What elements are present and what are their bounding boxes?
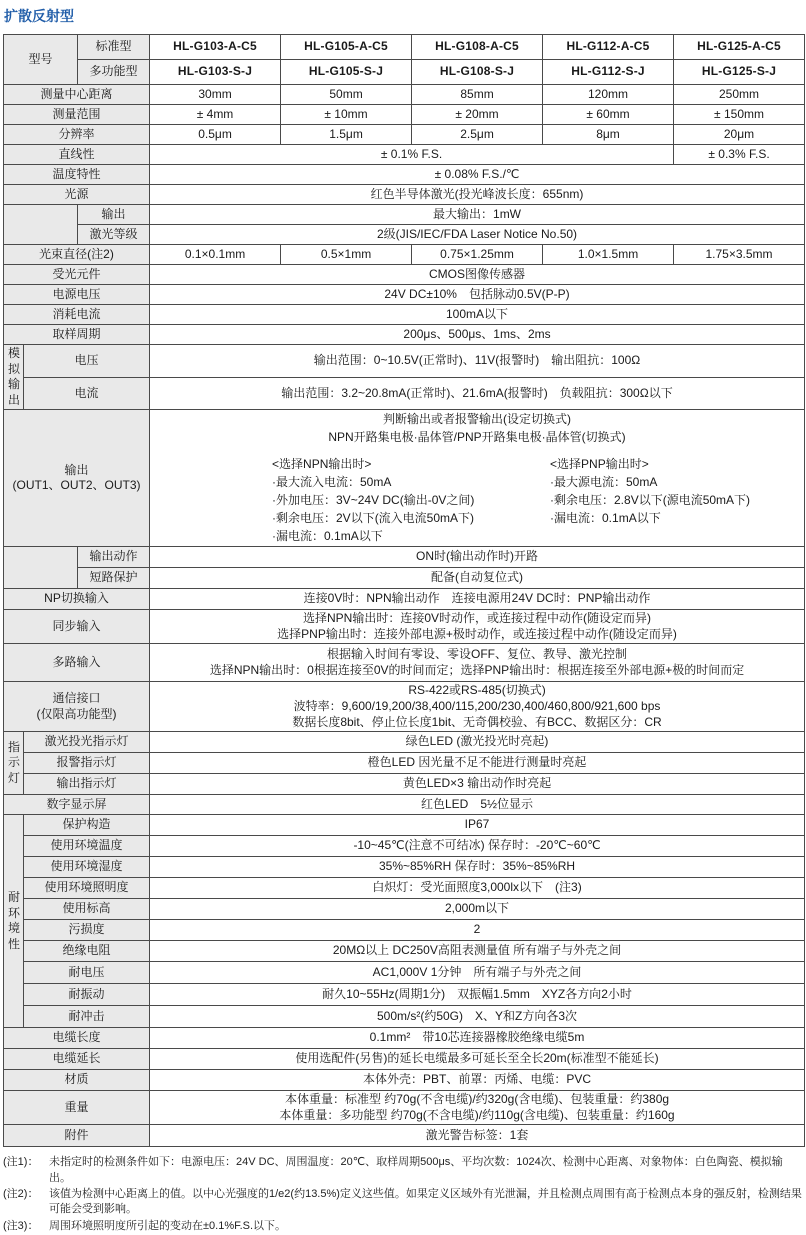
model-number: HL-G105-S-J: [281, 60, 412, 85]
footnote-2: (注2)： 该值为检测中心距离上的值。以中心光强度的1/e2(约13.5%)定义…: [3, 1187, 803, 1218]
row-label: 使用标高: [24, 899, 150, 920]
cell-value: 30mm: [150, 85, 281, 105]
table-row: 测量范围± 4mm± 10mm± 20mm± 60mm± 150mm: [4, 105, 805, 125]
table-row: 输出最大输出：1mW: [4, 205, 805, 225]
cell-value: 2级(JIS/IEC/FDA Laser Notice No.50): [150, 225, 805, 245]
page-title: 扩散反射型: [4, 6, 803, 26]
model-number: HL-G103-A-C5: [150, 35, 281, 60]
table-row: 使用环境照明度白炽灯：受光面照度3,000lx以下 (注3): [4, 878, 805, 899]
table-row: 电源电压24V DC±10% 包括脉动0.5V(P-P): [4, 285, 805, 305]
row-label: 测量范围: [4, 105, 150, 125]
row-label: 测量中心距离: [4, 85, 150, 105]
table-row: 绝缘电阻20MΩ以上 DC250V高阻表测量值 所有端子与外壳之间: [4, 941, 805, 962]
cell-value: 黄色LED×3 输出动作时亮起: [150, 774, 805, 795]
table-row: 测量中心距离30mm50mm85mm120mm250mm: [4, 85, 805, 105]
cell-value: 本体重量：标准型 约70g(不含电缆)/约320g(含电缆)、包装重量：约380…: [150, 1091, 805, 1125]
cell-value: 2: [150, 920, 805, 941]
cell-value: 100mA以下: [150, 305, 805, 325]
cell-value: 8μm: [543, 125, 674, 145]
table-row: 通信接口 (仅限高功能型)RS-422或RS-485(切换式) 波特率：9,60…: [4, 682, 805, 732]
empty-label-pad: [4, 205, 78, 245]
row-label: 电缆长度: [4, 1028, 150, 1049]
table-row: 输出 (OUT1、OUT2、OUT3)判断输出或者报警输出(设定切换式)NPN开…: [4, 410, 805, 547]
table-row: 指 示 灯激光投光指示灯绿色LED (激光投光时亮起): [4, 732, 805, 753]
cell-value: 输出范围：0~10.5V(正常时)、11V(报警时) 输出阻抗：100Ω: [150, 345, 805, 378]
model-number: HL-G125-S-J: [674, 60, 805, 85]
cell-value: 最大输出：1mW: [150, 205, 805, 225]
model-number: HL-G112-S-J: [543, 60, 674, 85]
table-row: 使用环境温度-10~45℃(注意不可结冰) 保存时：-20℃~60℃: [4, 836, 805, 857]
table-row: 材质本体外壳：PBT、前罩：丙烯、电缆：PVC: [4, 1070, 805, 1091]
cell-value: ± 60mm: [543, 105, 674, 125]
table-row: 耐振动耐久10~55Hz(周期1分) 双振幅1.5mm XYZ各方向2小时: [4, 984, 805, 1006]
cell-value: 红色半导体激光(投光峰波长度：655nm): [150, 185, 805, 205]
table-row: 输出指示灯黄色LED×3 输出动作时亮起: [4, 774, 805, 795]
cell-value: CMOS图像传感器: [150, 265, 805, 285]
cell-value: 激光警告标签：1套: [150, 1125, 805, 1147]
cell-value: 绿色LED (激光投光时亮起): [150, 732, 805, 753]
table-row: 消耗电流100mA以下: [4, 305, 805, 325]
table-row: 多路输入根据输入时间有零设、零设OFF、复位、教导、激光控制 选择NPN输出时：…: [4, 644, 805, 682]
row-label: 电缆延长: [4, 1049, 150, 1070]
row-label: 分辨率: [4, 125, 150, 145]
cell-value: 1.5μm: [281, 125, 412, 145]
table-row: 报警指示灯橙色LED 因光量不足不能进行测量时亮起: [4, 753, 805, 774]
table-row: 模 拟 输 出电压输出范围：0~10.5V(正常时)、11V(报警时) 输出阻抗…: [4, 345, 805, 378]
sub-label: 输出动作: [78, 547, 150, 568]
footnote-text: 周围环境照明度所引起的变动在±0.1%F.S.以下。: [49, 1220, 286, 1232]
output-detail-cell: 判断输出或者报警输出(设定切换式)NPN开路集电极·晶体管/PNP开路集电极·晶…: [150, 410, 805, 547]
footnote-3: (注3)： 周围环境照明度所引起的变动在±0.1%F.S.以下。: [3, 1219, 803, 1234]
cell-value: 选择NPN输出时：连接0V时动作，或连接过程中动作(随设定而异) 选择PNP输出…: [150, 610, 805, 644]
row-label: 激光投光指示灯: [24, 732, 150, 753]
cell-value: ± 0.08% F.S./℃: [150, 165, 805, 185]
table-row: 分辨率0.5μm1.5μm2.5μm8μm20μm: [4, 125, 805, 145]
row-label: 取样周期: [4, 325, 150, 345]
cell-value: 250mm: [674, 85, 805, 105]
row-label: 保护构造: [24, 815, 150, 836]
table-row: 同步输入选择NPN输出时：连接0V时动作，或连接过程中动作(随设定而异) 选择P…: [4, 610, 805, 644]
row-label: 使用环境照明度: [24, 878, 150, 899]
table-row: 取样周期200μs、500μs、1ms、2ms: [4, 325, 805, 345]
table-row: 直线性± 0.1% F.S.± 0.3% F.S.: [4, 145, 805, 165]
cell-value: 85mm: [412, 85, 543, 105]
cell-value: IP67: [150, 815, 805, 836]
cell-value: ON时(输出动作时)开路: [150, 547, 805, 568]
row-label: 污损度: [24, 920, 150, 941]
row-label: 使用环境温度: [24, 836, 150, 857]
footnote-1: (注1)： 未指定时的检测条件如下：电源电压：24V DC、周围温度：20℃、取…: [3, 1155, 803, 1186]
table-row: 耐电压AC1,000V 1分钟 所有端子与外壳之间: [4, 962, 805, 984]
cell-value: 200μs、500μs、1ms、2ms: [150, 325, 805, 345]
table-row: 光源红色半导体激光(投光峰波长度：655nm): [4, 185, 805, 205]
row-label: 绝缘电阻: [24, 941, 150, 962]
table-row: 附件激光警告标签：1套: [4, 1125, 805, 1147]
row-label: 消耗电流: [4, 305, 150, 325]
row-label: 输出 (OUT1、OUT2、OUT3): [4, 410, 150, 547]
cell-value: 120mm: [543, 85, 674, 105]
cell-value: ± 10mm: [281, 105, 412, 125]
footnote-label: (注1)：: [3, 1155, 38, 1170]
cell-value: AC1,000V 1分钟 所有端子与外壳之间: [150, 962, 805, 984]
model-number: HL-G108-S-J: [412, 60, 543, 85]
footnote-label: (注2)：: [3, 1187, 38, 1202]
cell-value: 0.5μm: [150, 125, 281, 145]
table-row: 光束直径(注2)0.1×0.1mm0.5×1mm0.75×1.25mm1.0×1…: [4, 245, 805, 265]
cell-value: -10~45℃(注意不可结冰) 保存时：-20℃~60℃: [150, 836, 805, 857]
footnotes: (注1)： 未指定时的检测条件如下：电源电压：24V DC、周围温度：20℃、取…: [3, 1155, 803, 1234]
cell-value: 白炽灯：受光面照度3,000lx以下 (注3): [150, 878, 805, 899]
cell-value: 连接0V时：NPN输出动作 连接电源用24V DC时：PNP输出动作: [150, 589, 805, 610]
table-row: 重量本体重量：标准型 约70g(不含电缆)/约320g(含电缆)、包装重量：约3…: [4, 1091, 805, 1125]
row-label: 受光元件: [4, 265, 150, 285]
row-label: 温度特性: [4, 165, 150, 185]
cell-value: ± 0.3% F.S.: [674, 145, 805, 165]
cell-value: 红色LED 5½位显示: [150, 795, 805, 815]
row-label: 光束直径(注2): [4, 245, 150, 265]
table-row: 型号标准型HL-G103-A-C5HL-G105-A-C5HL-G108-A-C…: [4, 35, 805, 60]
row-label: 多功能型: [78, 60, 150, 85]
row-label: 电压: [24, 345, 150, 378]
row-label: 耐冲击: [24, 1006, 150, 1028]
table-row: 耐冲击500m/s²(约50G) X、Y和Z方向各3次: [4, 1006, 805, 1028]
table-row: 污损度2: [4, 920, 805, 941]
cell-value: RS-422或RS-485(切换式) 波特率：9,600/19,200/38,4…: [150, 682, 805, 732]
cell-value: ± 0.1% F.S.: [150, 145, 674, 165]
cell-value: 2.5μm: [412, 125, 543, 145]
row-label: 重量: [4, 1091, 150, 1125]
cell-value: 耐久10~55Hz(周期1分) 双振幅1.5mm XYZ各方向2小时: [150, 984, 805, 1006]
table-row: 短路保护配备(自动复位式): [4, 568, 805, 589]
footnote-text: 未指定时的检测条件如下：电源电压：24V DC、周围温度：20℃、取样周期500…: [49, 1156, 783, 1183]
row-label: 电流: [24, 377, 150, 410]
row-label: 使用环境湿度: [24, 857, 150, 878]
table-row: 电流输出范围：3.2~20.8mA(正常时)、21.6mA(报警时) 负载阻抗：…: [4, 377, 805, 410]
group-label: 耐 环 境 性: [4, 815, 24, 1028]
cell-value: ± 20mm: [412, 105, 543, 125]
table-row: 电缆延长使用选配件(另售)的延长电缆最多可延长至全长20m(标准型不能延长): [4, 1049, 805, 1070]
cell-value: 根据输入时间有零设、零设OFF、复位、教导、激光控制 选择NPN输出时：0根据连…: [150, 644, 805, 682]
row-label: 同步输入: [4, 610, 150, 644]
table-row: 耐 环 境 性保护构造IP67: [4, 815, 805, 836]
row-label: 多路输入: [4, 644, 150, 682]
group-label: 指 示 灯: [4, 732, 24, 795]
table-row: 激光等级2级(JIS/IEC/FDA Laser Notice No.50): [4, 225, 805, 245]
cell-value: 1.0×1.5mm: [543, 245, 674, 265]
table-row: NP切换输入连接0V时：NPN输出动作 连接电源用24V DC时：PNP输出动作: [4, 589, 805, 610]
cell-value: 橙色LED 因光量不足不能进行测量时亮起: [150, 753, 805, 774]
table-row: 输出动作ON时(输出动作时)开路: [4, 547, 805, 568]
table-row: 电缆长度0.1mm² 带10芯连接器橡胶绝缘电缆5m: [4, 1028, 805, 1049]
row-label: 材质: [4, 1070, 150, 1091]
datasheet-page: 扩散反射型 型号标准型HL-G103-A-C5HL-G105-A-C5HL-G1…: [0, 0, 806, 1234]
pnp-output-block: <选择PNP输出时>·最大源电流：50mA·剩余电压：2.8V以下(源电流50m…: [522, 455, 800, 545]
row-label: 直线性: [4, 145, 150, 165]
table-row: 多功能型HL-G103-S-JHL-G105-S-JHL-G108-S-JHL-…: [4, 60, 805, 85]
cell-value: 使用选配件(另售)的延长电缆最多可延长至全长20m(标准型不能延长): [150, 1049, 805, 1070]
table-row: 使用标高2,000m以下: [4, 899, 805, 920]
cell-value: 24V DC±10% 包括脉动0.5V(P-P): [150, 285, 805, 305]
cell-value: 20μm: [674, 125, 805, 145]
cell-value: 0.5×1mm: [281, 245, 412, 265]
group-label: 模 拟 输 出: [4, 345, 24, 410]
sub-label: 输出: [78, 205, 150, 225]
sub-label: 短路保护: [78, 568, 150, 589]
sub-label: 激光等级: [78, 225, 150, 245]
cell-value: 0.1mm² 带10芯连接器橡胶绝缘电缆5m: [150, 1028, 805, 1049]
table-row: 受光元件CMOS图像传感器: [4, 265, 805, 285]
cell-value: 1.75×3.5mm: [674, 245, 805, 265]
table-row: 数字显示屏红色LED 5½位显示: [4, 795, 805, 815]
row-label: 电源电压: [4, 285, 150, 305]
model-number: HL-G103-S-J: [150, 60, 281, 85]
cell-value: 本体外壳：PBT、前罩：丙烯、电缆：PVC: [150, 1070, 805, 1091]
cell-value: ± 4mm: [150, 105, 281, 125]
cell-value: 0.75×1.25mm: [412, 245, 543, 265]
cell-value: ± 150mm: [674, 105, 805, 125]
cell-value: 50mm: [281, 85, 412, 105]
spec-table: 型号标准型HL-G103-A-C5HL-G105-A-C5HL-G108-A-C…: [3, 34, 805, 1147]
row-label: NP切换输入: [4, 589, 150, 610]
empty-label-pad: [4, 547, 78, 589]
cell-value: 20MΩ以上 DC250V高阻表测量值 所有端子与外壳之间: [150, 941, 805, 962]
row-label: 附件: [4, 1125, 150, 1147]
npn-output-block: <选择NPN输出时>·最大流入电流：50mA·外加电压：3V~24V DC(输出…: [154, 455, 522, 545]
model-number: HL-G125-A-C5: [674, 35, 805, 60]
cell-value: 500m/s²(约50G) X、Y和Z方向各3次: [150, 1006, 805, 1028]
footnote-label: (注3)：: [3, 1219, 38, 1234]
table-row: 使用环境湿度35%~85%RH 保存时：35%~85%RH: [4, 857, 805, 878]
model-number: HL-G108-A-C5: [412, 35, 543, 60]
cell-value: 配备(自动复位式): [150, 568, 805, 589]
footnote-text: 该值为检测中心距离上的值。以中心光强度的1/e2(约13.5%)定义这些值。如果…: [49, 1188, 802, 1215]
row-label: 耐电压: [24, 962, 150, 984]
table-row: 温度特性± 0.08% F.S./℃: [4, 165, 805, 185]
cell-value: 2,000m以下: [150, 899, 805, 920]
cell-value: 输出范围：3.2~20.8mA(正常时)、21.6mA(报警时) 负载阻抗：30…: [150, 377, 805, 410]
cell-value: 35%~85%RH 保存时：35%~85%RH: [150, 857, 805, 878]
row-label: 光源: [4, 185, 150, 205]
row-label: 标准型: [78, 35, 150, 60]
row-label: 通信接口 (仅限高功能型): [4, 682, 150, 732]
cell-value: 0.1×0.1mm: [150, 245, 281, 265]
row-label: 数字显示屏: [4, 795, 150, 815]
row-label: 耐振动: [24, 984, 150, 1006]
model-number: HL-G105-A-C5: [281, 35, 412, 60]
row-label: 输出指示灯: [24, 774, 150, 795]
model-number: HL-G112-A-C5: [543, 35, 674, 60]
row-label: 报警指示灯: [24, 753, 150, 774]
model-header-label: 型号: [4, 35, 78, 85]
